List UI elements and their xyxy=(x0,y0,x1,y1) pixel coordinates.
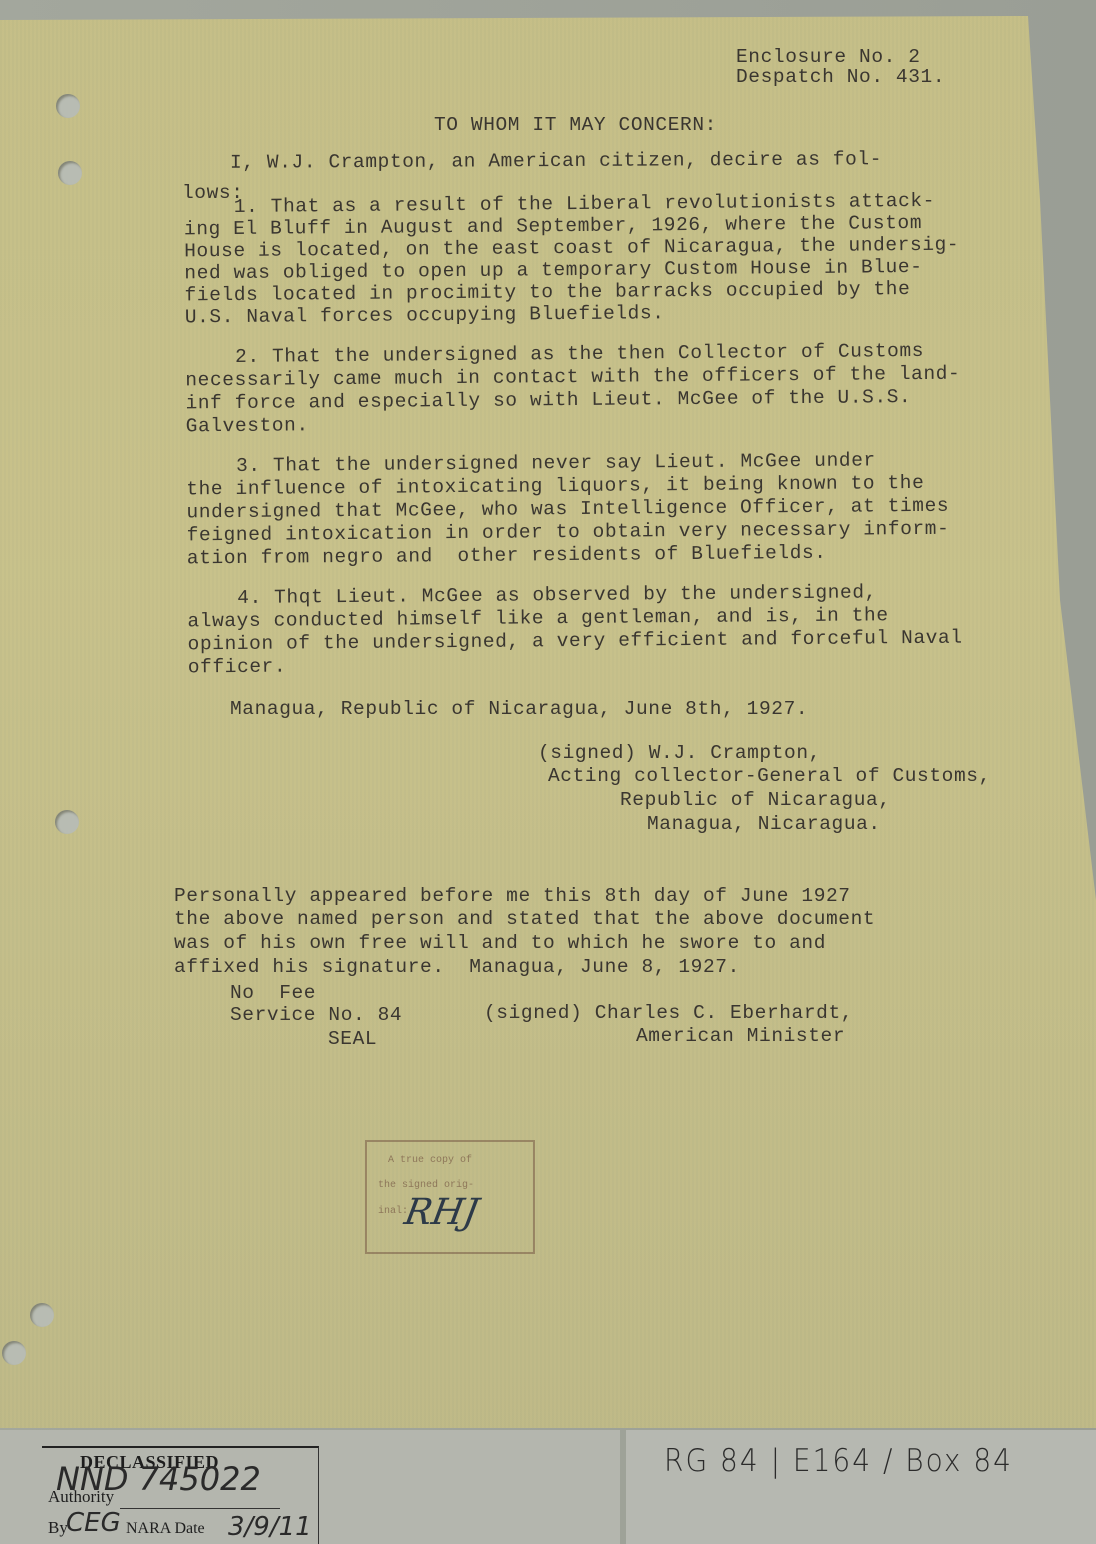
authority-value: NND 745022 xyxy=(56,1460,261,1498)
signature-city: Managua, Nicaragua. xyxy=(647,815,881,835)
signature-country: Republic of Nicaragua, xyxy=(620,791,891,811)
enclosure-number: Enclosure No. 2 xyxy=(736,48,921,68)
stamp-text: A true copy of xyxy=(388,1155,472,1166)
notary-line: Personally appeared before me this 8th d… xyxy=(174,887,851,907)
punch-hole xyxy=(58,161,82,185)
service-number: Service No. 84 xyxy=(230,1006,402,1026)
by-label: By xyxy=(48,1518,68,1538)
notary-line: was of his own free will and to which he… xyxy=(174,934,826,954)
notary-line: the above named person and stated that t… xyxy=(174,910,875,930)
salutation: TO WHOM IT MAY CONCERN: xyxy=(434,116,717,136)
declassified-date: 3/9/11 xyxy=(228,1512,312,1542)
minister-title: American Minister xyxy=(636,1027,845,1047)
paragraph-line: officer. xyxy=(188,658,287,678)
signature-line: (signed) W.J. Crampton, xyxy=(538,744,821,764)
despatch-number: Despatch No. 431. xyxy=(736,68,945,88)
signature-title: Acting collector-General of Customs, xyxy=(548,767,991,787)
punch-hole xyxy=(56,94,80,118)
punch-hole xyxy=(30,1303,54,1327)
notary-line: affixed his signature. Managua, June 8, … xyxy=(174,958,740,978)
intro-line: I, W.J. Crampton, an American citizen, d… xyxy=(230,150,882,173)
no-fee: No Fee xyxy=(230,984,316,1004)
nara-date-label: NARA Date xyxy=(126,1520,205,1538)
minister-signature: (signed) Charles C. Eberhardt, xyxy=(484,1004,853,1024)
punch-hole xyxy=(55,810,79,834)
place-date: Managua, Republic of Nicaragua, June 8th… xyxy=(230,700,808,720)
seal-label: SEAL xyxy=(328,1030,377,1050)
record-group-reference: RG 84 | E164 / Box 84 xyxy=(664,1442,1013,1478)
authority-underline xyxy=(120,1508,280,1509)
by-initials: CEG xyxy=(66,1508,121,1538)
paragraph-line: U.S. Naval forces occupying Bluefields. xyxy=(185,304,665,328)
stamp-text: the signed orig- xyxy=(378,1180,474,1191)
paragraph-line: Galveston. xyxy=(186,416,309,437)
stamp-initials: RHJ xyxy=(401,1192,481,1233)
punch-hole xyxy=(2,1341,26,1365)
